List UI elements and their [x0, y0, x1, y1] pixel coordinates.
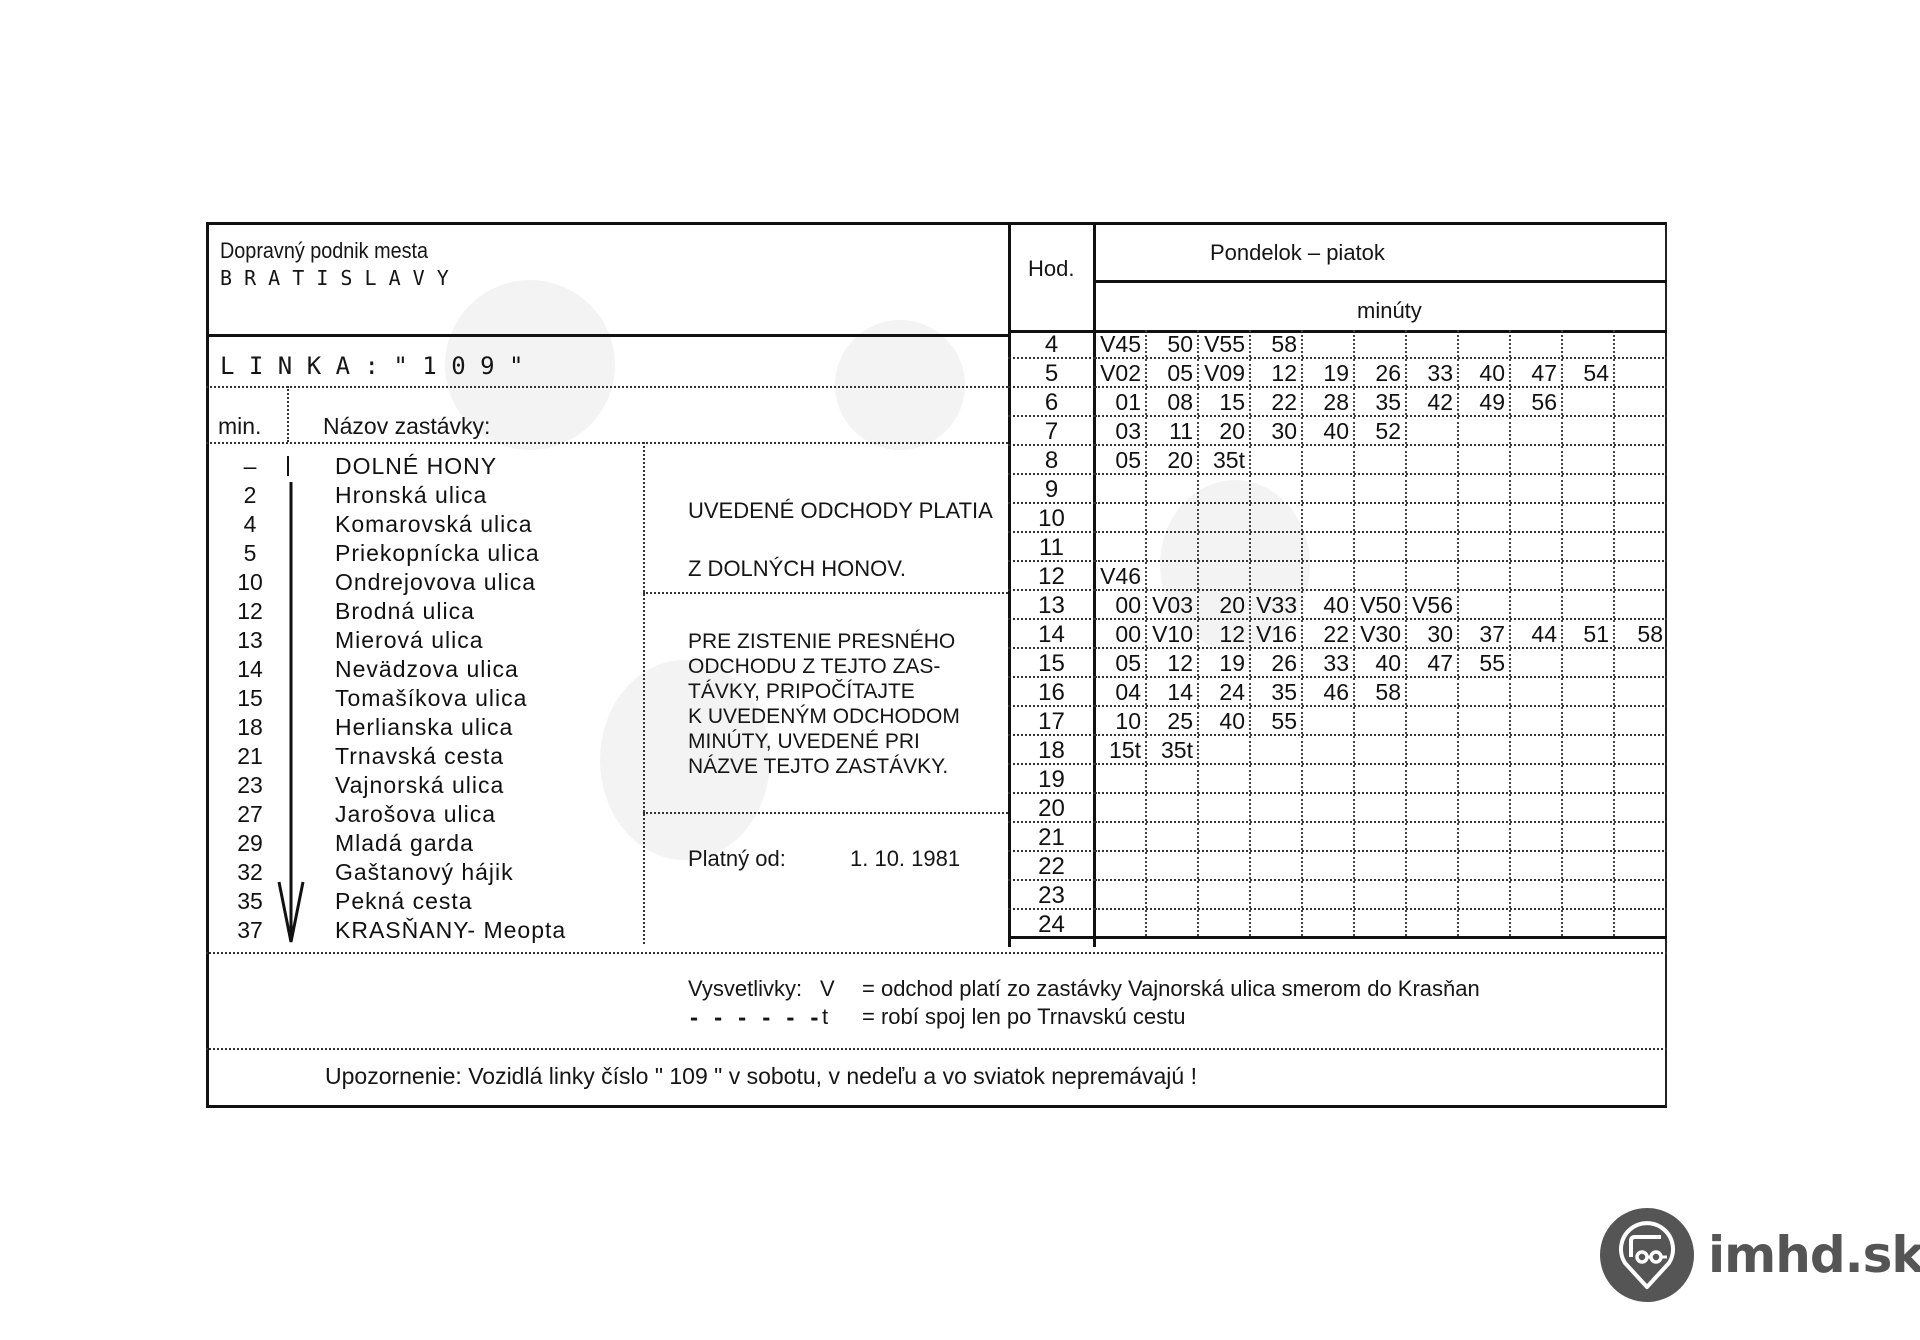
divider	[643, 442, 645, 944]
departure-cell	[1615, 910, 1667, 936]
departure-cell	[1407, 823, 1459, 850]
departure-cell	[1563, 852, 1615, 879]
departure-cell	[1459, 446, 1511, 473]
departure-cell: 44	[1511, 620, 1563, 647]
departure-cell	[1459, 678, 1511, 705]
hour-label: 5	[1008, 359, 1095, 388]
departure-cell	[1407, 736, 1459, 763]
table-row	[1095, 765, 1667, 794]
departure-cell: 08	[1147, 388, 1199, 415]
hour-label: 18	[1008, 736, 1095, 765]
departure-cell	[1511, 794, 1563, 821]
departure-cell: 58	[1355, 678, 1407, 705]
departure-cell: 56	[1511, 388, 1563, 415]
departure-cell	[1407, 562, 1459, 589]
departure-cell	[1355, 562, 1407, 589]
departure-cell	[1615, 504, 1667, 531]
departure-cell	[1615, 591, 1667, 618]
departure-cell	[1407, 707, 1459, 734]
departure-cell: 35	[1251, 678, 1303, 705]
departure-cell: 19	[1199, 649, 1251, 676]
departure-cell	[1511, 881, 1563, 908]
departure-cell	[1303, 707, 1355, 734]
departures-valid-note: UVEDENÉ ODCHODY PLATIA	[688, 498, 993, 524]
hour-label: 10	[1008, 504, 1095, 533]
departure-cell	[1563, 388, 1615, 415]
departure-cell	[1459, 852, 1511, 879]
departure-cell: 05	[1095, 446, 1147, 473]
departure-cell	[1303, 475, 1355, 502]
departure-cell	[1407, 910, 1459, 936]
table-row	[1095, 533, 1667, 562]
departure-cell	[1095, 823, 1147, 850]
departure-cell: 49	[1459, 388, 1511, 415]
departure-cell	[1511, 417, 1563, 444]
departure-cell	[1563, 765, 1615, 792]
departure-cell	[1251, 823, 1303, 850]
departure-cell	[1615, 446, 1667, 473]
company-city: B R A T I S L A V Y	[220, 266, 449, 290]
departure-cell: 26	[1355, 359, 1407, 386]
instructions-line: MINÚTY, UVEDENÉ PRI	[688, 730, 920, 754]
departure-cell	[1563, 533, 1615, 560]
legend-v-text: = odchod platí zo zastávky Vajnorská uli…	[862, 976, 1480, 1002]
valid-from-label: Platný od:	[688, 846, 786, 872]
departure-cell	[1615, 736, 1667, 763]
line-label: L I N K A : " 1 0 9 "	[220, 352, 523, 380]
departure-cell	[1355, 533, 1407, 560]
table-row: 052035t	[1095, 446, 1667, 475]
hour-label: 9	[1008, 475, 1095, 504]
departure-cell: 40	[1303, 591, 1355, 618]
departure-cell: V56	[1407, 591, 1459, 618]
departure-cell	[1459, 707, 1511, 734]
departure-cell	[1251, 881, 1303, 908]
departure-cell	[1615, 388, 1667, 415]
departure-cell	[1615, 533, 1667, 560]
departure-cell: 22	[1303, 620, 1355, 647]
divider	[206, 442, 1008, 444]
departure-cell	[1407, 533, 1459, 560]
departure-cell: 58	[1251, 330, 1303, 357]
departure-cell	[1615, 707, 1667, 734]
departure-cell: 05	[1095, 649, 1147, 676]
departure-cell	[1199, 881, 1251, 908]
departure-cell	[1615, 823, 1667, 850]
divider	[206, 1048, 1667, 1050]
departure-cell	[1251, 475, 1303, 502]
table-row: 0512192633404755	[1095, 649, 1667, 678]
departure-cell	[1511, 562, 1563, 589]
departure-cell: 40	[1355, 649, 1407, 676]
departure-cell: 55	[1251, 707, 1303, 734]
departure-cell	[1199, 852, 1251, 879]
departure-cell	[1459, 910, 1511, 936]
departure-cell: 14	[1147, 678, 1199, 705]
departure-cell	[1251, 504, 1303, 531]
departure-cell	[1095, 852, 1147, 879]
departure-cell: 55	[1459, 649, 1511, 676]
departure-cell	[1147, 881, 1199, 908]
hour-label: 22	[1008, 852, 1095, 881]
hour-label: 20	[1008, 794, 1095, 823]
column-header-min: min.	[218, 413, 261, 440]
departure-cell	[1407, 504, 1459, 531]
departure-cell	[1147, 794, 1199, 821]
hour-label: 13	[1008, 591, 1095, 620]
departure-cell	[1199, 765, 1251, 792]
departure-cell	[1407, 794, 1459, 821]
valid-from-date: 1. 10. 1981	[850, 846, 960, 872]
departure-cell	[1251, 910, 1303, 936]
departure-cell	[1147, 533, 1199, 560]
departure-grid: V4550V5558V0205V091219263340475401081522…	[1095, 330, 1667, 939]
departure-cell	[1355, 881, 1407, 908]
departure-cell	[1355, 736, 1407, 763]
departure-cell	[1199, 504, 1251, 531]
departure-cell	[1199, 475, 1251, 502]
departure-cell: 30	[1407, 620, 1459, 647]
departure-cell	[1459, 765, 1511, 792]
departure-cell: 25	[1147, 707, 1199, 734]
departure-cell: 15t	[1095, 736, 1147, 763]
warning-note: Upozornenie: Vozidlá linky číslo " 109 "…	[325, 1063, 1197, 1090]
departure-cell	[1511, 475, 1563, 502]
departure-cell: V46	[1095, 562, 1147, 589]
departure-cell	[1251, 852, 1303, 879]
departure-cell: 35	[1355, 388, 1407, 415]
departure-cell: 33	[1303, 649, 1355, 676]
departure-cell: 20	[1199, 591, 1251, 618]
departure-cell	[1095, 794, 1147, 821]
departure-cell	[1459, 533, 1511, 560]
legend-t-symbol: t	[822, 1004, 828, 1030]
hour-label: 6	[1008, 388, 1095, 417]
departure-cell	[1615, 359, 1667, 386]
departure-cell: 03	[1095, 417, 1147, 444]
divider	[206, 952, 1667, 954]
departure-cell: V16	[1251, 620, 1303, 647]
departure-cell: 40	[1303, 417, 1355, 444]
departure-cell	[1615, 475, 1667, 502]
departure-cell: 11	[1147, 417, 1199, 444]
departure-cell	[1511, 330, 1563, 357]
departure-cell	[1511, 591, 1563, 618]
departure-cell	[1563, 794, 1615, 821]
hour-label: 11	[1008, 533, 1095, 562]
departure-cell	[1407, 475, 1459, 502]
departure-cell: 22	[1251, 388, 1303, 415]
minutes-header: minúty	[1357, 298, 1422, 324]
hour-label: 17	[1008, 707, 1095, 736]
instructions-line: K UVEDENÝM ODCHODOM	[688, 705, 960, 729]
column-header-stop-name: Názov zastávky:	[323, 413, 490, 440]
departure-cell	[1199, 794, 1251, 821]
divider	[643, 812, 1008, 814]
departure-cell	[1147, 852, 1199, 879]
departure-cell: V55	[1199, 330, 1251, 357]
table-row: 15t35t	[1095, 736, 1667, 765]
departure-cell	[1303, 533, 1355, 560]
hour-label: 24	[1008, 910, 1095, 939]
table-row: 00V1012V1622V303037445158	[1095, 620, 1667, 649]
departure-cell	[1407, 446, 1459, 473]
departure-cell	[1459, 591, 1511, 618]
instructions-line: ODCHODU Z TEJTO ZAS-	[688, 655, 940, 679]
departure-cell: 20	[1199, 417, 1251, 444]
departure-cell	[1563, 823, 1615, 850]
departure-cell	[1615, 794, 1667, 821]
departure-cell	[1303, 765, 1355, 792]
instructions-line: TÁVKY, PRIPOČÍTAJTE	[688, 680, 915, 704]
departure-cell	[1615, 562, 1667, 589]
imhd-logo-icon	[1600, 1208, 1694, 1302]
departure-cell	[1251, 794, 1303, 821]
table-row: V4550V5558	[1095, 330, 1667, 359]
departure-cell	[1407, 765, 1459, 792]
divider	[287, 386, 289, 442]
departure-cell	[1303, 881, 1355, 908]
departure-cell	[1459, 823, 1511, 850]
header-divider	[206, 334, 1008, 337]
departure-cell	[1563, 446, 1615, 473]
departure-cell	[1459, 794, 1511, 821]
departure-cell: V02	[1095, 359, 1147, 386]
table-row	[1095, 881, 1667, 910]
departure-cell	[1615, 678, 1667, 705]
departure-cell: 00	[1095, 591, 1147, 618]
departure-cell	[1355, 475, 1407, 502]
departure-cell: 35t	[1147, 736, 1199, 763]
departure-cell	[1511, 736, 1563, 763]
departure-cell: 05	[1147, 359, 1199, 386]
departure-cell	[1459, 475, 1511, 502]
departures-valid-note: Z DOLNÝCH HONOV.	[688, 556, 906, 582]
departure-cell	[1563, 591, 1615, 618]
departure-cell: V33	[1251, 591, 1303, 618]
departure-cell: 37	[1459, 620, 1511, 647]
hour-label: 15	[1008, 649, 1095, 678]
departure-cell: 04	[1095, 678, 1147, 705]
departure-cell	[1095, 910, 1147, 936]
departure-cell	[1563, 475, 1615, 502]
departure-cell: 10	[1095, 707, 1147, 734]
departure-cell	[1355, 765, 1407, 792]
departure-cell: 00	[1095, 620, 1147, 647]
departure-cell	[1407, 678, 1459, 705]
departure-cell	[1303, 504, 1355, 531]
departure-cell	[1147, 823, 1199, 850]
departure-cell: 28	[1303, 388, 1355, 415]
divider	[643, 592, 1008, 594]
departure-cell: V45	[1095, 330, 1147, 357]
departure-cell	[1303, 562, 1355, 589]
departure-cell	[1147, 765, 1199, 792]
departure-cell	[1563, 881, 1615, 908]
hour-label: 23	[1008, 881, 1095, 910]
departure-cell	[1355, 794, 1407, 821]
departure-cell	[1459, 330, 1511, 357]
table-row: 00V0320V3340V50V56	[1095, 591, 1667, 620]
departure-cell	[1563, 649, 1615, 676]
departure-cell	[1563, 504, 1615, 531]
departure-cell: 50	[1147, 330, 1199, 357]
departure-cell	[1615, 765, 1667, 792]
departure-cell	[1563, 562, 1615, 589]
table-row	[1095, 504, 1667, 533]
legend-v-symbol: V	[820, 976, 835, 1002]
departure-cell: 20	[1147, 446, 1199, 473]
departure-cell: V03	[1147, 591, 1199, 618]
table-row	[1095, 794, 1667, 823]
departure-cell	[1199, 736, 1251, 763]
departure-cell	[1303, 736, 1355, 763]
departure-cell	[1407, 417, 1459, 444]
table-row: V46	[1095, 562, 1667, 591]
divider	[206, 386, 1008, 388]
departure-cell	[1199, 823, 1251, 850]
departure-cell: V10	[1147, 620, 1199, 647]
departure-cell	[1355, 446, 1407, 473]
departure-cell	[1511, 649, 1563, 676]
departure-cell	[1615, 330, 1667, 357]
departure-cell	[1511, 446, 1563, 473]
departure-cell: 15	[1199, 388, 1251, 415]
table-row	[1095, 823, 1667, 852]
departure-cell	[1563, 910, 1615, 936]
departure-cell	[1147, 562, 1199, 589]
table-row: V0205V0912192633404754	[1095, 359, 1667, 388]
departure-cell	[1251, 736, 1303, 763]
departure-cell	[1511, 504, 1563, 531]
departure-cell	[1511, 910, 1563, 936]
departure-cell	[1459, 881, 1511, 908]
header-divider	[1095, 280, 1667, 283]
departure-cell	[1563, 330, 1615, 357]
departure-cell: 42	[1407, 388, 1459, 415]
hour-label: 16	[1008, 678, 1095, 707]
departure-cell: 52	[1355, 417, 1407, 444]
departure-cell	[1303, 794, 1355, 821]
hour-label: 7	[1008, 417, 1095, 446]
departure-cell	[1147, 475, 1199, 502]
departure-cell	[1615, 881, 1667, 908]
departure-cell	[1459, 736, 1511, 763]
departure-cell	[1303, 910, 1355, 936]
departure-cell	[1511, 678, 1563, 705]
departure-cell: V09	[1199, 359, 1251, 386]
departure-cell	[1199, 562, 1251, 589]
departure-cell	[1355, 330, 1407, 357]
hour-label: 21	[1008, 823, 1095, 852]
departure-cell	[1615, 852, 1667, 879]
departure-cell	[1459, 504, 1511, 531]
departure-cell	[1303, 852, 1355, 879]
departure-cell: 40	[1459, 359, 1511, 386]
hour-header: Hod.	[1028, 256, 1074, 282]
legend-dash-symbol: - - - - - -	[688, 1006, 820, 1030]
departure-cell	[1563, 707, 1615, 734]
departure-cell	[1095, 881, 1147, 908]
departure-cell	[1511, 823, 1563, 850]
departure-cell	[1511, 707, 1563, 734]
company-name: Dopravný podnik mesta	[220, 238, 428, 264]
departure-cell: 30	[1251, 417, 1303, 444]
departure-cell	[1355, 852, 1407, 879]
departure-cell	[1251, 446, 1303, 473]
table-row	[1095, 475, 1667, 504]
hour-label: 19	[1008, 765, 1095, 794]
hour-column: 4 5 6 7 8 9 10 11 12 13 14 15 16 17 18 1…	[1008, 330, 1095, 939]
departure-cell	[1355, 707, 1407, 734]
legend-t-text: = robí spoj len po Trnavskú cestu	[862, 1004, 1185, 1030]
departure-cell: 47	[1511, 359, 1563, 386]
departure-cell	[1563, 736, 1615, 763]
table-row: 041424354658	[1095, 678, 1667, 707]
imhd-brand-text: imhd.sk	[1708, 1226, 1920, 1284]
departure-cell	[1303, 823, 1355, 850]
departure-cell	[1459, 417, 1511, 444]
departure-cell: 26	[1251, 649, 1303, 676]
hour-label: 4	[1008, 330, 1095, 359]
imhd-logo: imhd.sk	[1600, 1208, 1920, 1302]
departure-cell	[1095, 504, 1147, 531]
departure-cell	[1095, 533, 1147, 560]
instructions-line: PRE ZISTENIE PRESNÉHO	[688, 630, 955, 654]
day-header: Pondelok – piatok	[1210, 240, 1385, 266]
departure-cell: V50	[1355, 591, 1407, 618]
departure-cell	[1251, 533, 1303, 560]
table-row	[1095, 910, 1667, 939]
table-row	[1095, 852, 1667, 881]
departure-cell	[1615, 649, 1667, 676]
departure-cell: 01	[1095, 388, 1147, 415]
departure-cell: 46	[1303, 678, 1355, 705]
departure-cell	[1303, 330, 1355, 357]
departure-cell: 24	[1199, 678, 1251, 705]
departure-cell: 33	[1407, 359, 1459, 386]
departure-cell	[1095, 765, 1147, 792]
departure-cell: 47	[1407, 649, 1459, 676]
legend-title: Vysvetlivky:	[688, 976, 802, 1002]
departure-cell	[1511, 765, 1563, 792]
departure-cell	[1251, 562, 1303, 589]
hour-label: 14	[1008, 620, 1095, 649]
departure-cell	[1511, 533, 1563, 560]
departure-cell: 40	[1199, 707, 1251, 734]
direction-arrow-icon	[276, 452, 306, 948]
hour-label: 8	[1008, 446, 1095, 475]
departure-cell	[1199, 533, 1251, 560]
departure-cell	[1355, 504, 1407, 531]
departure-cell: 19	[1303, 359, 1355, 386]
departure-cell: 35t	[1199, 446, 1251, 473]
table-row: 010815222835424956	[1095, 388, 1667, 417]
departure-cell	[1147, 910, 1199, 936]
departure-cell: 54	[1563, 359, 1615, 386]
departure-cell	[1615, 417, 1667, 444]
departure-cell	[1563, 678, 1615, 705]
departure-cell	[1355, 910, 1407, 936]
table-row: 031120304052	[1095, 417, 1667, 446]
departure-cell	[1407, 330, 1459, 357]
departure-cell	[1407, 852, 1459, 879]
departure-cell	[1459, 562, 1511, 589]
departure-cell	[1303, 446, 1355, 473]
hour-label: 12	[1008, 562, 1095, 591]
departure-cell: V30	[1355, 620, 1407, 647]
departure-cell	[1407, 881, 1459, 908]
